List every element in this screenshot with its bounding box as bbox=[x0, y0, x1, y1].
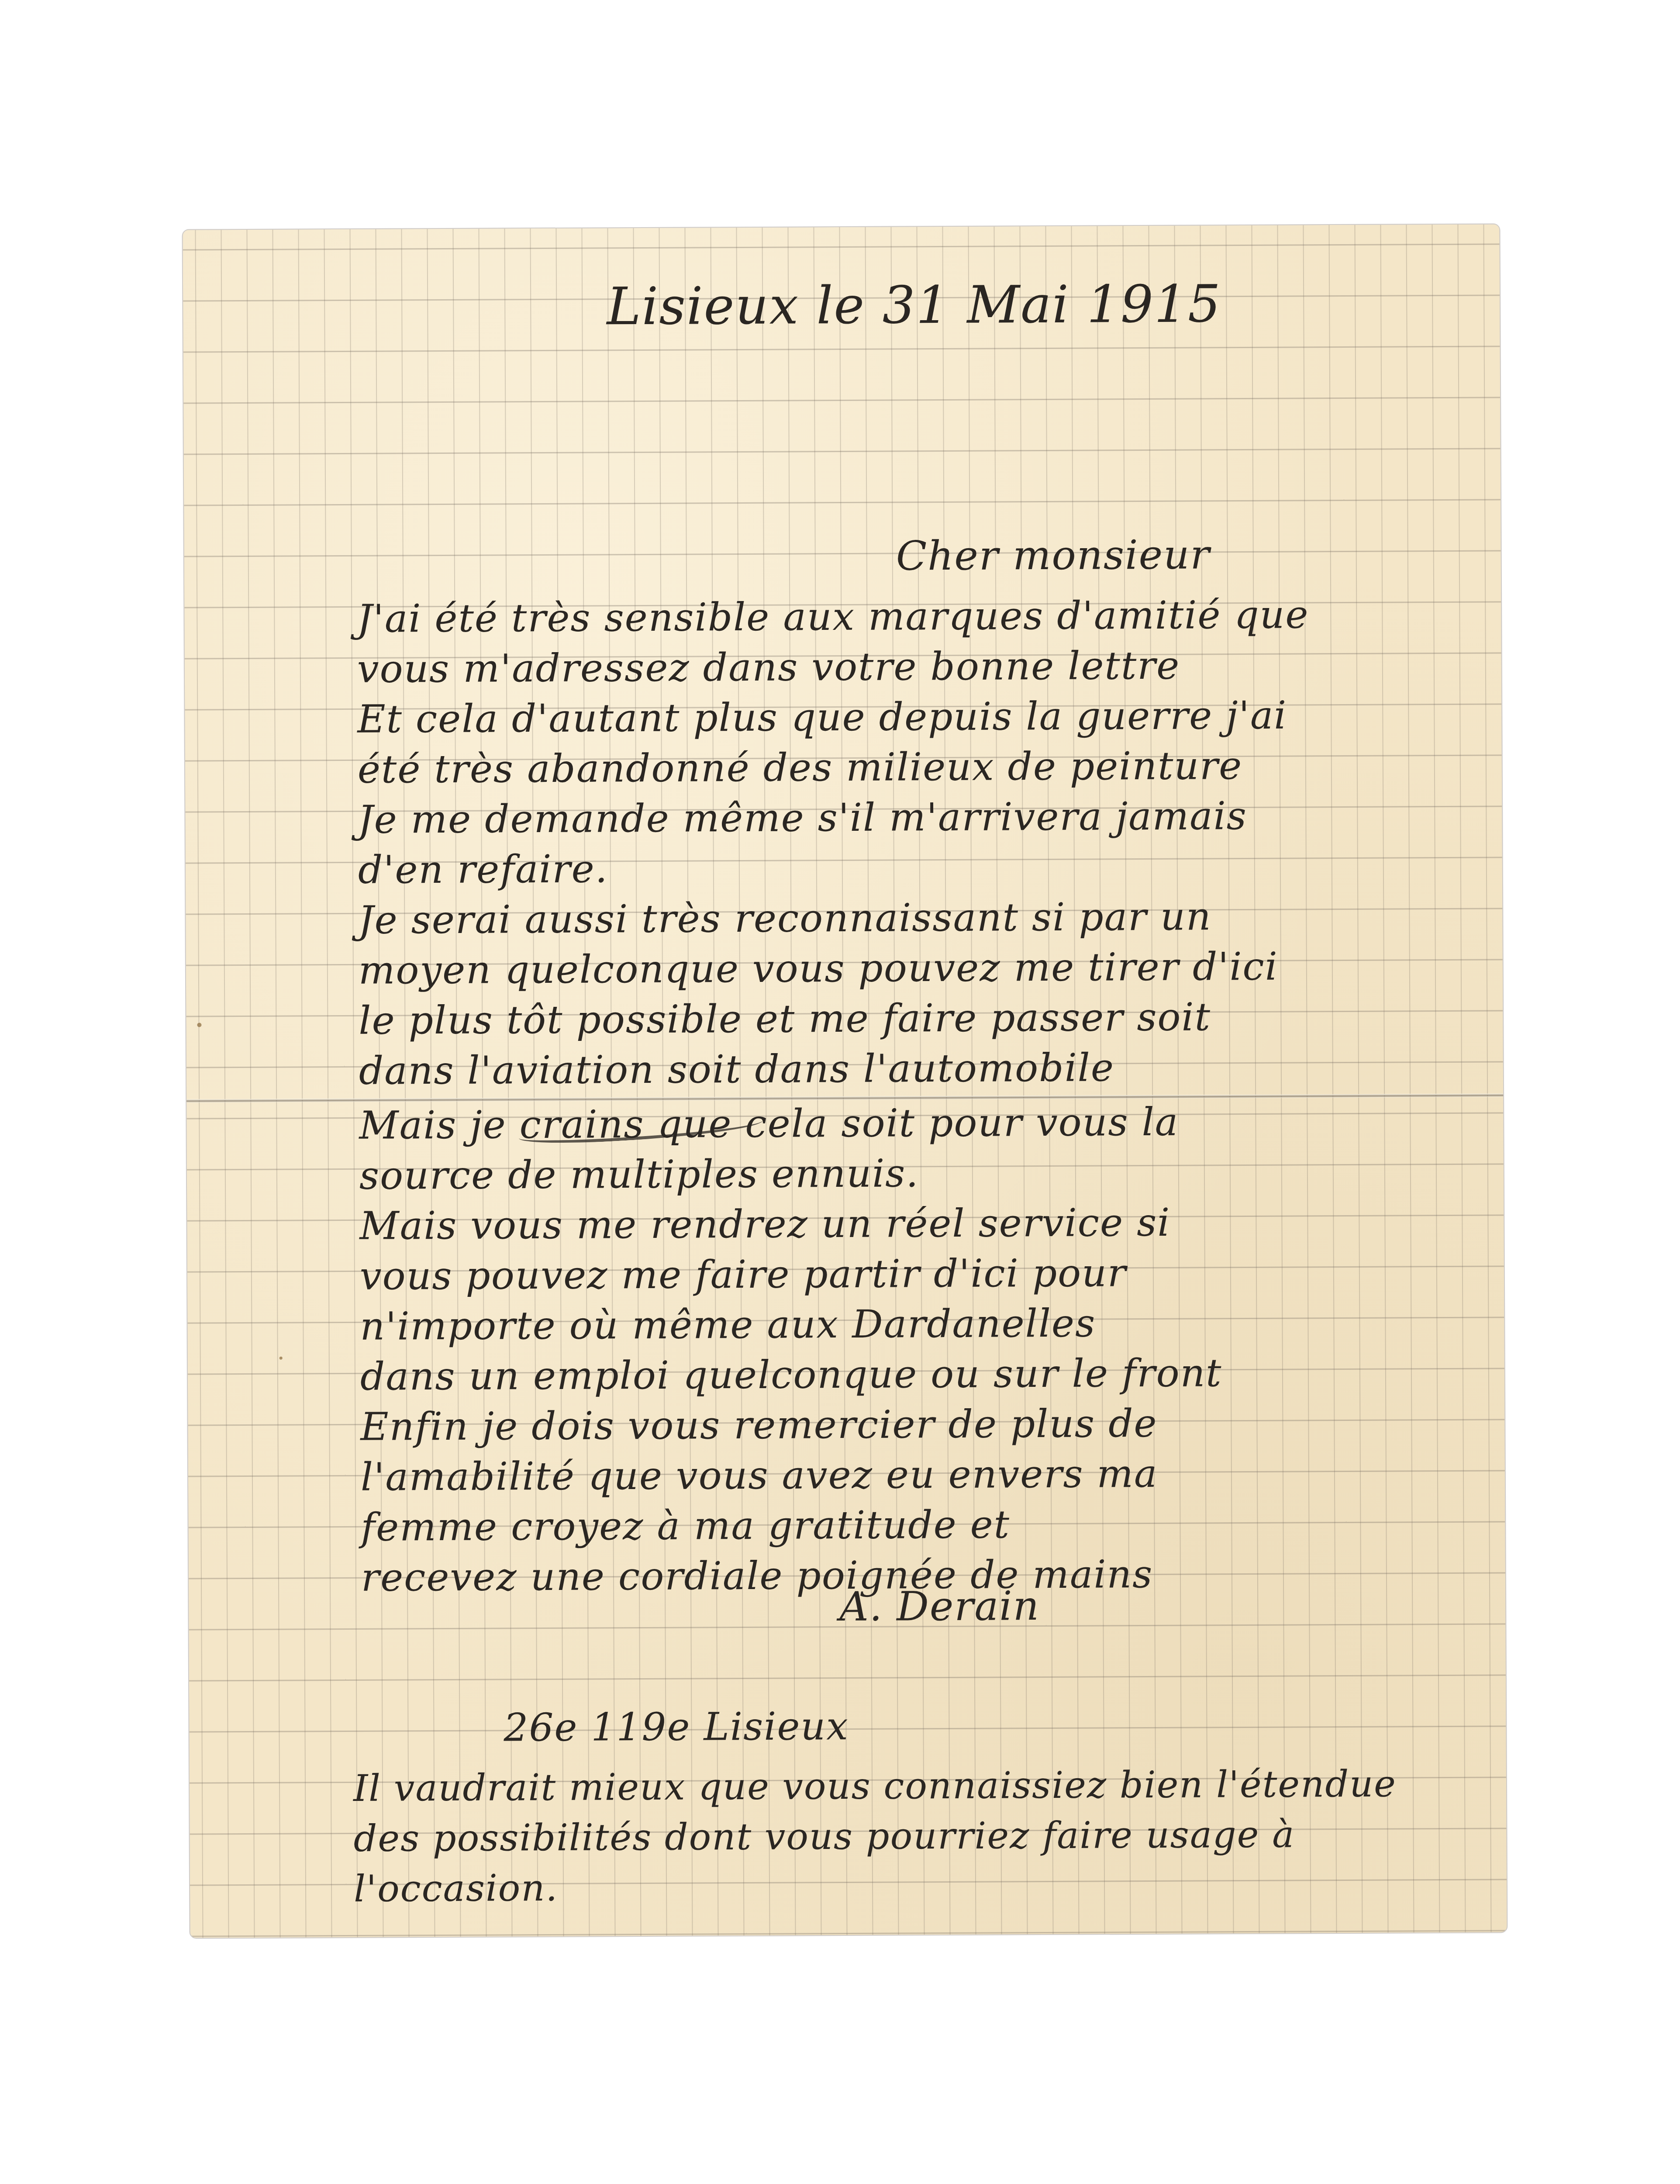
body-line: dans un emploi quelconque ou sur le fron… bbox=[360, 1350, 1222, 1399]
body-line: dans l'aviation soit dans l'automobile bbox=[359, 1045, 1114, 1093]
body-line: Je serai aussi très reconnaissant si par… bbox=[358, 894, 1212, 943]
body-line: Enfin je dois vous remercier de plus de bbox=[360, 1401, 1158, 1449]
body-line: source de multiples ennuis. bbox=[359, 1151, 919, 1198]
body-line: le plus tôt possible et me faire passer … bbox=[359, 994, 1211, 1043]
body-line: l'amabilité que vous avez eu envers ma bbox=[361, 1451, 1158, 1500]
body-line: femme croyez à ma gratitude et bbox=[361, 1502, 1010, 1549]
body-line: Je me demande même s'il m'arrivera jamai… bbox=[358, 793, 1247, 842]
body-line: d'en refaire. bbox=[358, 846, 608, 892]
body-line: J'ai été très sensible aux marques d'ami… bbox=[357, 592, 1309, 641]
salutation: Cher monsieur bbox=[896, 531, 1211, 579]
body-line: moyen quelconque vous pouvez me tirer d'… bbox=[359, 944, 1278, 993]
dateline: Lisieux le 31 Mai 1915 bbox=[607, 273, 1221, 336]
body-line: vous m'adressez dans votre bonne lettre bbox=[357, 643, 1180, 691]
regiment-address: 26e 119e Lisieux bbox=[504, 1704, 849, 1750]
postscript-line: des possibilités dont vous pourriez fair… bbox=[353, 1813, 1295, 1860]
body-line: n'importe où même aux Dardanelles bbox=[360, 1300, 1096, 1348]
body-line: Mais je crains que cela soit pour vous l… bbox=[359, 1099, 1179, 1148]
body-line: été très abandonné des milieux de peintu… bbox=[358, 743, 1243, 792]
postscript-line: l'occasion. bbox=[354, 1866, 558, 1910]
postscript-line: Il vaudrait mieux que vous connaissiez b… bbox=[353, 1762, 1397, 1810]
signature: A. Derain bbox=[839, 1583, 1040, 1630]
body-line: vous pouvez me faire partir d'ici pour bbox=[360, 1250, 1127, 1299]
paper-stain bbox=[197, 1023, 201, 1027]
body-line: Mais vous me rendrez un réel service si bbox=[359, 1200, 1170, 1248]
paper-stain bbox=[279, 1357, 283, 1360]
body-line: Et cela d'autant plus que depuis la guer… bbox=[357, 693, 1287, 742]
letter-sheet: Lisieux le 31 Mai 1915 Cher monsieur J'a… bbox=[183, 224, 1507, 1938]
